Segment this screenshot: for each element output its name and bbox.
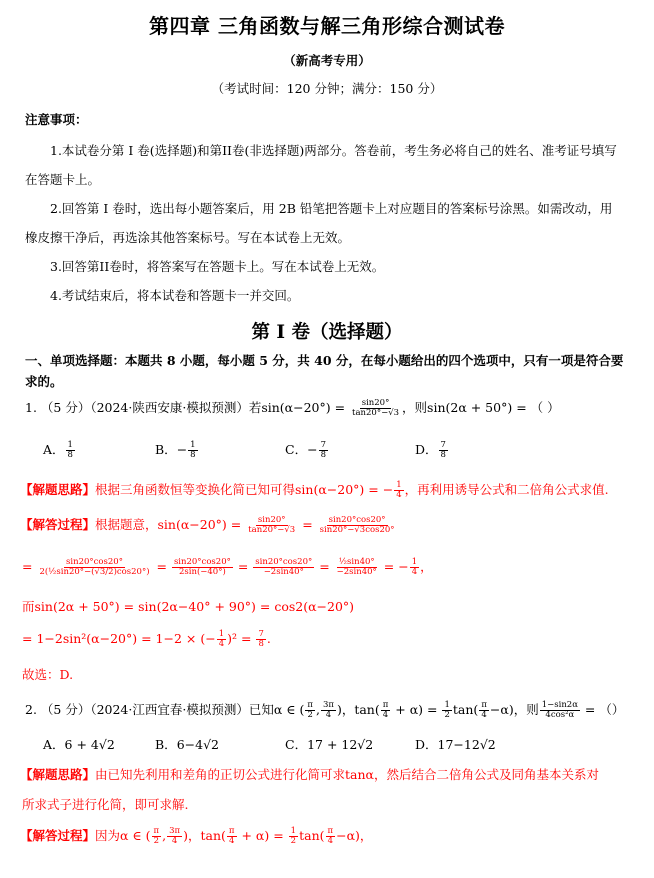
option-a[interactable]: A．18 — [43, 440, 76, 460]
q1-hint: 【解题思路】根据三角函数恒等变换化简已知可得sin(α−20°) = −14，再… — [20, 480, 609, 500]
notice-heading: 注意事项： — [25, 110, 88, 128]
solution-label: 【解答过程】 — [20, 828, 95, 843]
option-d[interactable]: D．78 — [415, 440, 449, 460]
document-subtitle: （新高考专用） — [0, 51, 654, 69]
notice-item-2-cont: 橡皮擦干净后，再选涂其他答案标号。写在本试卷上无效。 — [25, 228, 350, 246]
notice-item-3: 3.回答第II卷时，将答案写在答题卡上。写在本试卷上无效。 — [50, 257, 384, 275]
question-1-stem: 1. （5 分）（2024·陕西安康·模拟预测）若sin(α−20°) = si… — [25, 398, 560, 418]
option-b[interactable]: B．6−4√2 — [155, 735, 219, 753]
q2-hint: 【解题思路】由已知先利用和差角的正切公式进行化简可求tanα，然后结合二倍角公式… — [20, 765, 599, 783]
q1-solution-line-3: 而sin(2α + 50°) = sin(2α−40° + 90°) = cos… — [22, 597, 354, 615]
q1-solution-line-1: 【解答过程】根据题意，sin(α−20°) = sin20°tan20°−√3 … — [20, 515, 398, 535]
section-instructions-cont: 求的。 — [25, 372, 63, 390]
option-c[interactable]: C．−78 — [285, 440, 329, 460]
exam-info: （考试时间：120 分钟；满分：150 分） — [0, 79, 654, 97]
notice-item-4: 4.考试结束后，将本试卷和答题卡一并交回。 — [50, 286, 299, 304]
notice-item-2: 2.回答第 I 卷时，选出每小题答案后，用 2B 铅笔把答题卡上对应题目的答案标… — [50, 199, 612, 217]
notice-item-1: 1.本试卷分第 I 卷(选择题)和第II卷(非选择题)两部分。答卷前，考生务必将… — [50, 141, 617, 159]
hint-label: 【解题思路】 — [20, 767, 95, 782]
notice-item-1-cont: 在答题卡上。 — [25, 170, 100, 188]
q2-solution-line-1: 【解答过程】因为α ∈ (π2,3π4)，tan(π4 + α) = 12tan… — [20, 826, 372, 846]
document-title: 第四章 三角函数与解三角形综合测试卷 — [0, 10, 654, 39]
fraction: sin20°tan20°−√3 — [350, 399, 401, 418]
question-2-stem: 2. （5 分）（2024·江西宜春·模拟预测）已知α ∈ (π2,3π4)，t… — [25, 700, 624, 720]
option-b[interactable]: B．−18 — [155, 440, 199, 460]
section-instructions: 一、单项选择题：本题共 8 小题，每小题 5 分，共 40 分，在每小题给出的四… — [25, 351, 623, 369]
hint-label: 【解题思路】 — [20, 482, 95, 497]
q2-hint-cont: 所求式子进行化简，即可求解. — [22, 795, 188, 813]
q1-solution-line-2: = sin20°cos20°2(½sin20°−(√3/2)cos20°) = … — [22, 557, 433, 577]
option-a[interactable]: A．6 + 4√2 — [43, 735, 115, 753]
q1-conclusion: 故选：D. — [22, 665, 73, 683]
option-c[interactable]: C．17 + 12√2 — [285, 735, 373, 753]
section-title: 第 I 卷（选择题） — [0, 318, 654, 344]
option-d[interactable]: D．17−12√2 — [415, 735, 496, 753]
solution-label: 【解答过程】 — [20, 517, 95, 532]
q1-solution-line-4: = 1−2sin²(α−20°) = 1−2 × (−14)² = 78. — [22, 630, 271, 649]
